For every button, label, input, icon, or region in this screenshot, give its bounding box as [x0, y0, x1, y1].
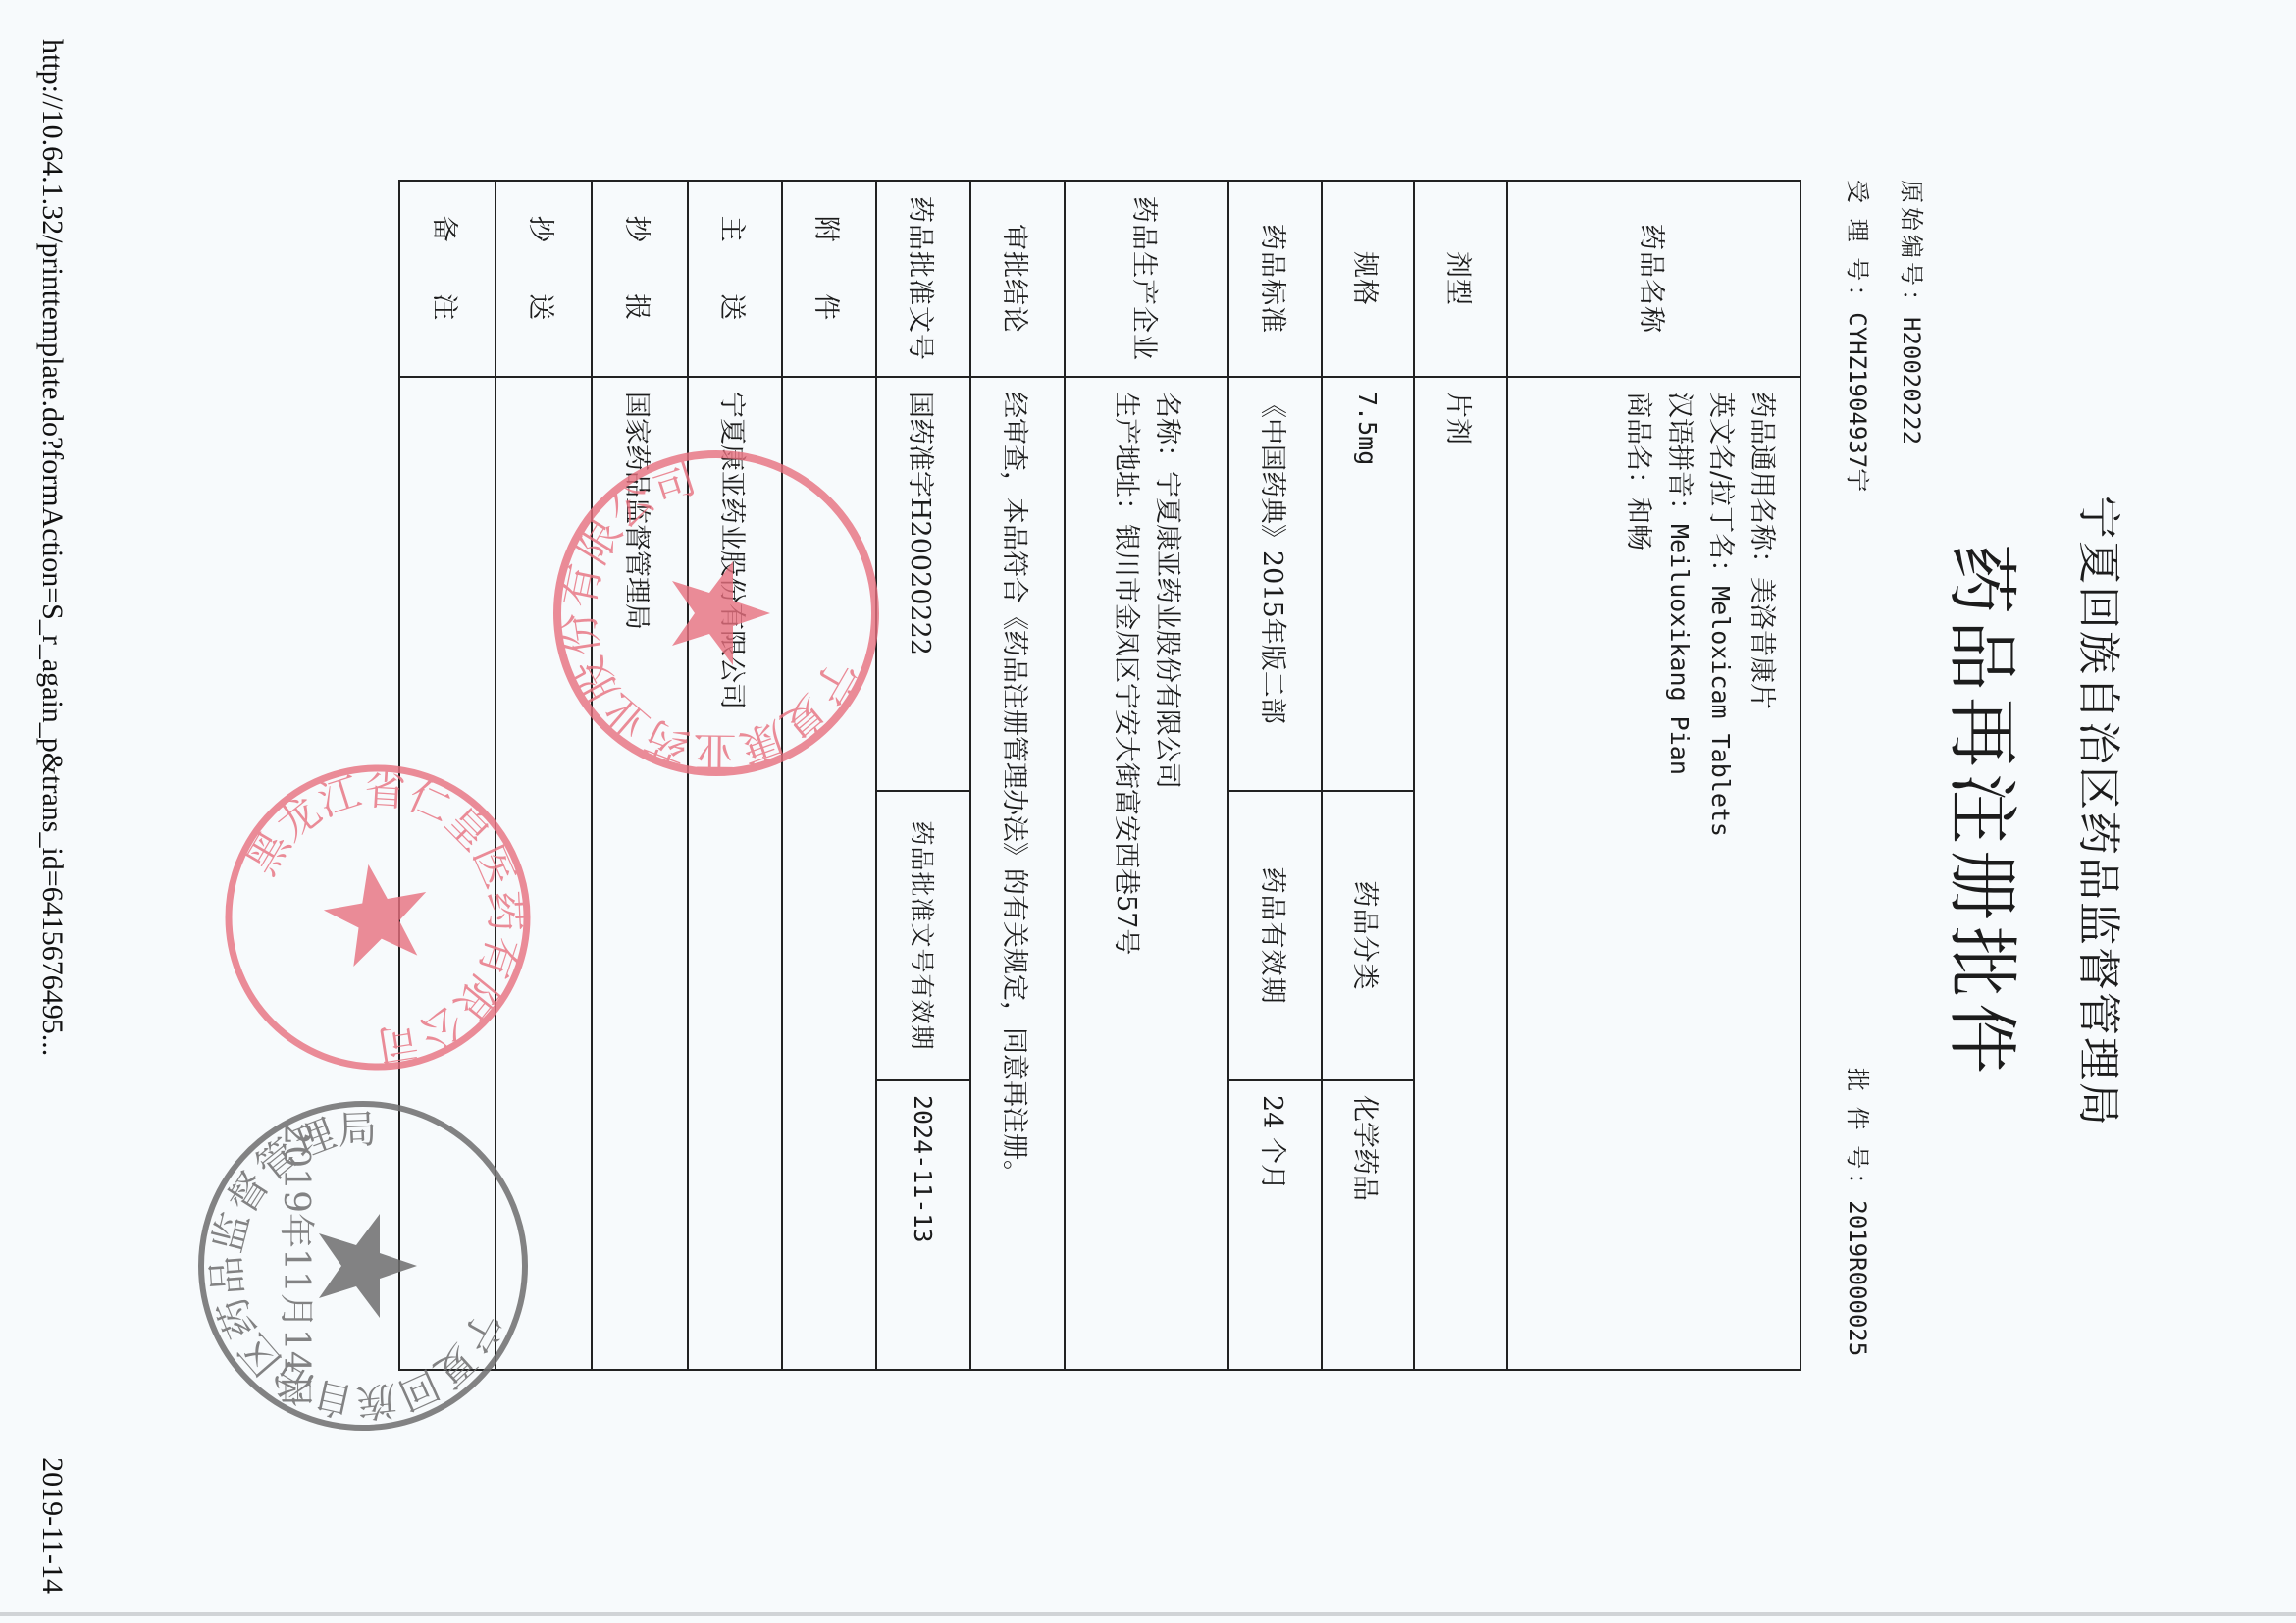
- remarks-label: 备 注: [399, 181, 496, 377]
- scan-edge: [0, 1612, 2296, 1616]
- dosage-form-label: 剂型: [1414, 181, 1507, 377]
- english-name: 英文名/拉丁名：Meloxicam Tablets: [1699, 392, 1741, 1355]
- main-recipient-value: 宁夏康亚药业股份有限公司: [688, 377, 782, 1370]
- remarks-value: [399, 377, 496, 1370]
- generic-name-label: 药品通用名称：: [1747, 392, 1777, 577]
- dosage-form-value: 片剂: [1414, 377, 1507, 1370]
- print-url: http://10.64.1.32/printtemplate.do?formA…: [35, 39, 69, 1056]
- original-number: 原始编号：H20020222: [1897, 180, 1931, 445]
- attachment-value: [782, 377, 876, 1370]
- manufacturer-label: 药品生产企业: [1065, 181, 1228, 377]
- conclusion-value: 经审查，本品符合《药品注册管理办法》的有关规定，同意再注册。: [970, 377, 1065, 1370]
- specification-label: 规格: [1322, 181, 1414, 377]
- table-row-attachment: 附 件: [782, 181, 876, 1370]
- table-row-report-to: 抄 报 国家药品监督管理局: [592, 181, 688, 1370]
- approval-validity-label: 药品批准文号有效期: [876, 791, 970, 1080]
- pinyin-name: 汉语拼音：Meiluoxikang Pian: [1658, 392, 1699, 1355]
- standard-value: 《中国药典》2015年版二部: [1228, 377, 1322, 791]
- approval-validity-value: 2024-11-13: [876, 1080, 970, 1370]
- acceptance-number-label: 受 理 号：: [1844, 180, 1871, 312]
- generic-name: 药品通用名称：美洛昔康片: [1741, 392, 1782, 1355]
- pinyin-label: 汉语拼音：: [1664, 392, 1695, 524]
- manufacturer-name-value: 宁夏康亚药业股份有限公司: [1153, 471, 1183, 789]
- report-to-value: 国家药品监督管理局: [592, 377, 688, 1370]
- standard-label: 药品标准: [1228, 181, 1322, 377]
- table-row-remarks: 备 注: [399, 181, 496, 1370]
- acceptance-number: 受 理 号：CYHZ1904937宁: [1843, 180, 1877, 492]
- manufacturer-values: 名称：宁夏康亚药业股份有限公司 生产地址：银川市金凤区宁安大街富安西巷57号: [1065, 377, 1228, 1370]
- manufacturer-name-label: 名称：: [1153, 392, 1183, 471]
- validity-label: 药品有效期: [1228, 791, 1322, 1080]
- table-row-standard: 药品标准 《中国药典》2015年版二部 药品有效期 24 个月: [1228, 181, 1322, 1370]
- manufacturer-address-value: 银川市金凤区宁安大街富安西巷57号: [1112, 524, 1142, 955]
- table-row-drug-name: 药品名称 药品通用名称：美洛昔康片 英文名/拉丁名：Meloxicam Tabl…: [1507, 181, 1800, 1370]
- conclusion-label: 审批结论: [970, 181, 1065, 377]
- copy-to-label: 抄 送: [496, 181, 592, 377]
- approval-no-value: 国药准字H20020222: [876, 377, 970, 791]
- report-to-label: 抄 报: [592, 181, 688, 377]
- original-number-value: H20020222: [1898, 317, 1925, 445]
- validity-value: 24 个月: [1228, 1080, 1322, 1370]
- trade-name-value: 和畅: [1623, 497, 1653, 550]
- specification-value: 7.5mg: [1322, 377, 1414, 791]
- approval-table: 药品名称 药品通用名称：美洛昔康片 英文名/拉丁名：Meloxicam Tabl…: [398, 180, 1801, 1371]
- copy-to-value: [496, 377, 592, 1370]
- table-row-main-recipient: 主 送 宁夏康亚药业股份有限公司: [688, 181, 782, 1370]
- manufacturer-address: 生产地址：银川市金凤区宁安大街富安西巷57号: [1106, 392, 1147, 1355]
- approval-no-label: 药品批准文号: [876, 181, 970, 377]
- trade-name: 商品名：和畅: [1617, 392, 1658, 1355]
- english-name-value: Meloxicam Tablets: [1706, 586, 1735, 837]
- main-recipient-label: 主 送: [688, 181, 782, 377]
- category-label: 药品分类: [1322, 791, 1414, 1080]
- manufacturer-address-label: 生产地址：: [1112, 392, 1142, 524]
- document-page: 宁夏回族自治区药品监督管理局 药品再注册批件 原始编号：H20020222 受 …: [0, 0, 2296, 1623]
- trade-name-label: 商品名：: [1623, 392, 1653, 497]
- english-name-label: 英文名/拉丁名：: [1705, 392, 1736, 586]
- acceptance-number-value: CYHZ1904937宁: [1844, 312, 1871, 492]
- manufacturer-name: 名称：宁夏康亚药业股份有限公司: [1147, 392, 1188, 1355]
- table-row-copy-to: 抄 送: [496, 181, 592, 1370]
- generic-name-value: 美洛昔康片: [1747, 577, 1777, 709]
- document-title: 药品再注册批件: [1937, 0, 2039, 1623]
- approval-number: 批 件 号：2019R000025: [1843, 1068, 1877, 1356]
- original-number-label: 原始编号：: [1898, 180, 1925, 317]
- agency-name: 宁夏回族自治区药品监督管理局: [2071, 0, 2134, 1623]
- table-row-conclusion: 审批结论 经审查，本品符合《药品注册管理办法》的有关规定，同意再注册。: [970, 181, 1065, 1370]
- table-row-dosage-form: 剂型 片剂: [1414, 181, 1507, 1370]
- attachment-label: 附 件: [782, 181, 876, 377]
- table-row-specification: 规格 7.5mg 药品分类 化学药品: [1322, 181, 1414, 1370]
- approval-number-value: 2019R000025: [1844, 1200, 1871, 1356]
- pinyin-value: Meiluoxikang Pian: [1665, 524, 1694, 775]
- drug-name-values: 药品通用名称：美洛昔康片 英文名/拉丁名：Meloxicam Tablets 汉…: [1507, 377, 1800, 1370]
- approval-number-label: 批 件 号：: [1844, 1068, 1871, 1200]
- drug-name-label: 药品名称: [1507, 181, 1800, 377]
- table-row-manufacturer: 药品生产企业 名称：宁夏康亚药业股份有限公司 生产地址：银川市金凤区宁安大街富安…: [1065, 181, 1228, 1370]
- print-date: 2019-11-14: [35, 1457, 69, 1594]
- category-value: 化学药品: [1322, 1080, 1414, 1370]
- table-row-approval-number: 药品批准文号 国药准字H20020222 药品批准文号有效期 2024-11-1…: [876, 181, 970, 1370]
